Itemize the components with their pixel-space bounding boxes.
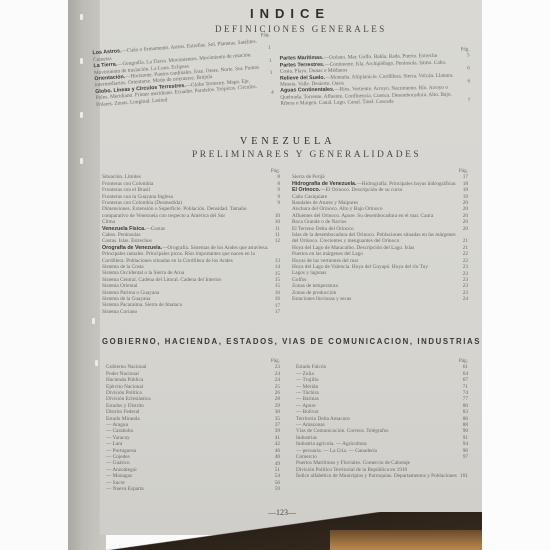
entry-text: Sistema Pacaraima. Sierra de Imataca — [102, 302, 182, 308]
entry-text: — Nueva Esparta — [106, 486, 144, 492]
entry-text: — Sucre — [106, 480, 125, 486]
entry-text: — Apure — [296, 403, 316, 409]
entry-text: —El Orinoco. Descripción de su curso — [320, 187, 402, 193]
entry-text: Zonas de producción — [292, 290, 336, 296]
entry-page-number: 88 — [458, 422, 468, 428]
entry-page-number: 30 — [270, 409, 280, 415]
entry-page-number: 1 — [260, 45, 270, 52]
entry-text: División Eclesiástica — [106, 396, 151, 402]
entry-page-number: 20 — [458, 219, 468, 225]
entry-page-number: 6 — [460, 66, 470, 72]
entry-page-number: 1 — [261, 57, 271, 64]
entry-page-number: 19 — [458, 194, 468, 200]
venezuela-title: VENEZUELA — [240, 136, 335, 147]
entry-page-number: 23 — [458, 290, 468, 296]
entry-text: Estado Miranda — [106, 416, 140, 422]
entry-heading: Hidrografía de Venezuela. — [292, 181, 356, 187]
venezuela-left-column: Pág.Situación. Límites8Fronteras con Col… — [102, 168, 280, 315]
entry-text: División Política — [106, 390, 142, 396]
gobierno-left-column: Pág.Gobierno Nacional23Poder Nacional24H… — [106, 358, 280, 492]
entry-page-number: 10 — [270, 213, 280, 219]
entry-page-number: 17 — [270, 303, 280, 309]
entry-page-number: 10 — [270, 219, 280, 225]
entry-text: Puertos Marítimos y Fluviales. Comercio … — [296, 460, 410, 466]
entry-text: Territorio Delta Amacuro — [296, 416, 350, 422]
entry-text: Comercio — [296, 454, 317, 460]
entry-page-number: 56 — [270, 480, 280, 486]
book-page: INDICE DEFINICIONES GENERALES Pág.Los As… — [100, 0, 482, 535]
entry-text: Dimensiones. Extensión o Superficie. Pob… — [102, 206, 247, 218]
entry-page-number: 11 — [270, 232, 280, 238]
entry-page-number: 71 — [458, 384, 468, 390]
entry-page-number: 12 — [270, 238, 280, 244]
entry-page-number: 77 — [458, 396, 468, 402]
entry-page-number: 23 — [458, 271, 468, 277]
entry-page-number: 18 — [458, 181, 468, 187]
entry-text: El Terreno Delta del Orinoco — [292, 226, 354, 232]
entry-page-number: 59 — [270, 486, 280, 492]
entry-text: Sistema Coriano — [102, 309, 137, 315]
entry-page-number: 80 — [458, 403, 468, 409]
gobierno-section-title: GOBIERNO, HACIENDA, ESTADOS, VIAS DE COM… — [102, 337, 481, 346]
binding-stitch — [80, 14, 83, 20]
venezuela-subtitle: PRELIMINARES Y GENERALIDADES — [192, 150, 421, 160]
entry-page-number: 23 — [458, 283, 468, 289]
entry-text: Lagos y lagunas — [292, 270, 326, 276]
entry-text: Ejército Nacional — [106, 384, 143, 390]
entry-page-number: 101 — [458, 473, 468, 479]
entry-page-number: 96 — [458, 448, 468, 454]
entry-page-number: 24 — [270, 377, 280, 383]
index-entry: Índice alfabético de Municipios y Parroq… — [296, 473, 468, 479]
entry-page-number: 17 — [458, 174, 468, 180]
entry-page-number: 26 — [270, 390, 280, 396]
index-entry: — Nueva Esparta59 — [106, 486, 280, 492]
entry-text: — Carabobo — [106, 428, 133, 434]
entry-heading: Orografía de Venezuela. — [102, 245, 162, 251]
entry-page-number: 6 — [460, 78, 470, 84]
entry-text: División Político Territorial de la Repú… — [296, 467, 407, 473]
entry-page-number: 20 — [458, 213, 468, 219]
entry-page-number: 83 — [458, 409, 468, 415]
entry-page-number: 15 — [270, 283, 280, 289]
entry-page-number: 41 — [270, 435, 280, 441]
entry-text: Fronteras con la Guayana Inglesa — [102, 194, 173, 200]
entry-page-number: 37 — [270, 422, 280, 428]
entry-page-number: 20 — [458, 200, 468, 206]
entry-page-number: 97 — [458, 454, 468, 460]
entry-page-number: 17 — [270, 309, 280, 315]
entry-text: Caño Casiquiare — [292, 194, 327, 200]
entry-text: Zonas de temperatura — [292, 283, 338, 289]
entry-page-number: 22 — [458, 258, 468, 264]
background-left — [0, 0, 68, 550]
entry-text: Industrias — [296, 435, 317, 441]
entry-page-number: 39 — [270, 428, 280, 434]
entry-page-number: 86 — [458, 416, 468, 422]
entry-text: — Portuguesa — [106, 448, 136, 454]
entry-text: —Costas — [146, 226, 165, 232]
entry-text: Costas. Islas. Estrechos — [102, 238, 152, 244]
entry-text: — Cojedes — [106, 454, 130, 460]
entry-text: Boca Grande o de Navíos — [292, 219, 346, 225]
entry-text: — Mérida — [296, 384, 318, 390]
entry-page-number: 42 — [270, 441, 280, 447]
entry-page-number: 15 — [270, 271, 280, 277]
entry-page-number: 22 — [458, 251, 468, 257]
entry-page-number: 20 — [458, 206, 468, 212]
entry-text: Sistema de la Guayana — [102, 296, 150, 302]
entry-text: Vías de Comunicación. Correos. Telégrafo… — [296, 428, 389, 434]
entry-text: Hoyas de las vertientes del mar — [292, 258, 358, 264]
entry-page-number: 61 — [458, 364, 468, 370]
entry-page-number: 94 — [458, 441, 468, 447]
entry-text: Raudales de Atures y Maipures — [292, 200, 358, 206]
entry-page-number: 13 — [270, 258, 280, 264]
entry-text: —Hidrografía. Principales hoyas hidrográ… — [356, 181, 455, 187]
entry-page-number: 21 — [458, 245, 468, 251]
entry-text: Sistema Parima o Guayana — [102, 290, 159, 296]
entry-text: Puertos en las márgenes del Lago — [292, 251, 363, 257]
binding-stitch — [80, 158, 83, 164]
index-entry: Dimensiones. Extensión o Superficie. Pob… — [102, 206, 280, 219]
entry-page-number: 91 — [458, 435, 468, 441]
venezuela-right-column: Pág.Sierra de Perijá17Hidrografía de Ven… — [292, 168, 468, 302]
entry-page-number: 14 — [270, 264, 280, 270]
entry-page-number: 15 — [270, 277, 280, 283]
entry-text: Sistema Oriental — [102, 283, 137, 289]
definiciones-right-column: Pág.Partes Marítimas.—Océano. Mar. Golfo… — [280, 46, 471, 107]
entry-page-number: 90 — [458, 428, 468, 434]
entry-text: — pecuaria. — La Cría. — Ganadería — [296, 448, 377, 454]
index-entry: Islas de la desembocadura del Orinoco. P… — [292, 232, 468, 245]
entry-page-number: 9 — [270, 187, 280, 193]
entry-text: — Guárico — [106, 460, 130, 466]
entry-page-number: 49 — [270, 461, 280, 467]
entry-page-number: 46 — [270, 448, 280, 454]
entry-page-number: 18 — [458, 187, 468, 193]
entry-page-number: 25 — [270, 384, 280, 390]
entry-text: Estaciones lluviosas y secas — [292, 296, 351, 302]
page-title: INDICE — [250, 6, 330, 21]
entry-page-number: 21 — [458, 238, 468, 244]
entry-text: Sistema Occidental o la Sierra de Aroa — [102, 270, 184, 276]
entry-text: Situación. Límites — [102, 174, 141, 180]
gobierno-right-column: Pág.Estado Falcón61— Zulia64— Trujillo67… — [296, 358, 468, 480]
entry-page-number: 64 — [458, 371, 468, 377]
binding-stitch — [80, 58, 83, 64]
entry-text: Hoya del Lago de Valencia. Hoya del Guya… — [292, 264, 428, 270]
entry-text: — Yaracuy — [106, 435, 130, 441]
entry-text: Sierra de Perijá — [292, 174, 325, 180]
index-entry: Aguas Continentales.—Ríos. Vertiente. Ar… — [280, 85, 470, 108]
entry-text: — Aragua — [106, 422, 128, 428]
entry-text: Cabos. Penínsulas — [102, 232, 141, 238]
entry-text: Poder Nacional — [106, 371, 139, 377]
table-surface — [330, 530, 482, 550]
background-right — [480, 0, 550, 550]
entry-text: — Monagas — [106, 473, 132, 479]
section-subtitle-definiciones: DEFINICIONES GENERALES — [215, 24, 387, 34]
entry-page-number: 4 — [264, 89, 274, 96]
entry-text: Industria agrícola. — Agricultura — [296, 441, 367, 447]
entry-text: — Lara — [106, 441, 122, 447]
binding-stitch — [95, 360, 98, 366]
entry-heading: El Orinoco. — [292, 187, 320, 193]
entry-page-number: 35 — [270, 416, 280, 422]
entry-page-number: 1 — [262, 70, 272, 77]
entry-text: Clima — [102, 219, 115, 225]
entry-page-number: 7 — [460, 98, 470, 104]
entry-text: Sistema de la Costa — [102, 264, 144, 270]
entry-page-number: 11 — [270, 226, 280, 232]
entry-page-number: 5 — [460, 53, 470, 59]
index-entry: Estaciones lluviosas y secas24 — [292, 296, 468, 302]
entry-text: Estados y Distrito — [106, 403, 144, 409]
definiciones-left-column: Pág.Los Astros.—Cielo o firmamento. Astr… — [92, 32, 274, 108]
entry-text: Estado Falcón — [296, 364, 326, 370]
entry-text: — Barinas — [296, 396, 319, 402]
entry-page-number: 74 — [458, 390, 468, 396]
entry-text: Índice alfabético de Municipios y Parroq… — [296, 473, 457, 479]
entry-page-number: 8 — [270, 174, 280, 180]
entry-text: Fronteras con el Brasil — [102, 187, 150, 193]
entry-page-number: 48 — [270, 454, 280, 460]
binding-stitch — [92, 318, 95, 324]
entry-text: — Táchira — [296, 390, 319, 396]
entry-page-number: 16 — [270, 290, 280, 296]
entry-text: Distrito Federal — [106, 409, 139, 415]
entry-page-number: 9 — [270, 200, 280, 206]
entry-page-number: 24 — [270, 371, 280, 377]
entry-text: Fronteras con Colombia — [102, 181, 153, 187]
entry-text: — Anzoátegui — [106, 467, 137, 473]
entry-text: Hacienda Pública — [106, 377, 143, 383]
index-entry: Orografía de Venezuela.—Orografía. Siste… — [102, 245, 280, 264]
entry-text: Sistema Central. Cadena del Litoral. Cad… — [102, 277, 221, 283]
entry-page-number: 28 — [270, 396, 280, 402]
index-entry: Sistema Coriano17 — [102, 309, 280, 315]
entry-page-number: 9 — [270, 194, 280, 200]
binding-stitch — [80, 112, 83, 118]
entry-text: Anchura del Orinoco. Alto y Bajo Orinoco — [292, 206, 382, 212]
entry-page-number: 8 — [270, 181, 280, 187]
entry-text: Hoya del Lago de Maracaibo. Descripción … — [292, 245, 414, 251]
entry-page-number: 20 — [458, 226, 468, 232]
entry-text: — Trujillo — [296, 377, 319, 383]
entry-page-number: 23 — [458, 277, 468, 283]
entry-text: Afluentes del Orinoco. Apure. Su desembo… — [292, 213, 433, 219]
entry-page-number: 67 — [458, 377, 468, 383]
entry-page-number: 23 — [458, 264, 468, 270]
entry-text: Golfos — [292, 277, 306, 283]
entry-page-number: 16 — [270, 296, 280, 302]
entry-text: — Zulia — [296, 371, 314, 377]
entry-text: Gobierno Nacional — [106, 364, 146, 370]
entry-heading: Venezuela Física. — [102, 226, 146, 232]
entry-page-number: 24 — [458, 296, 468, 302]
entry-page-number: 51 — [270, 467, 280, 473]
entry-page-number: 23 — [270, 364, 280, 370]
entry-page-number: 54 — [270, 473, 280, 479]
entry-text: Islas de la desembocadura del Orinoco. P… — [292, 232, 456, 244]
entry-text: — Bolívar — [296, 409, 319, 415]
entry-page-number: 29 — [270, 403, 280, 409]
